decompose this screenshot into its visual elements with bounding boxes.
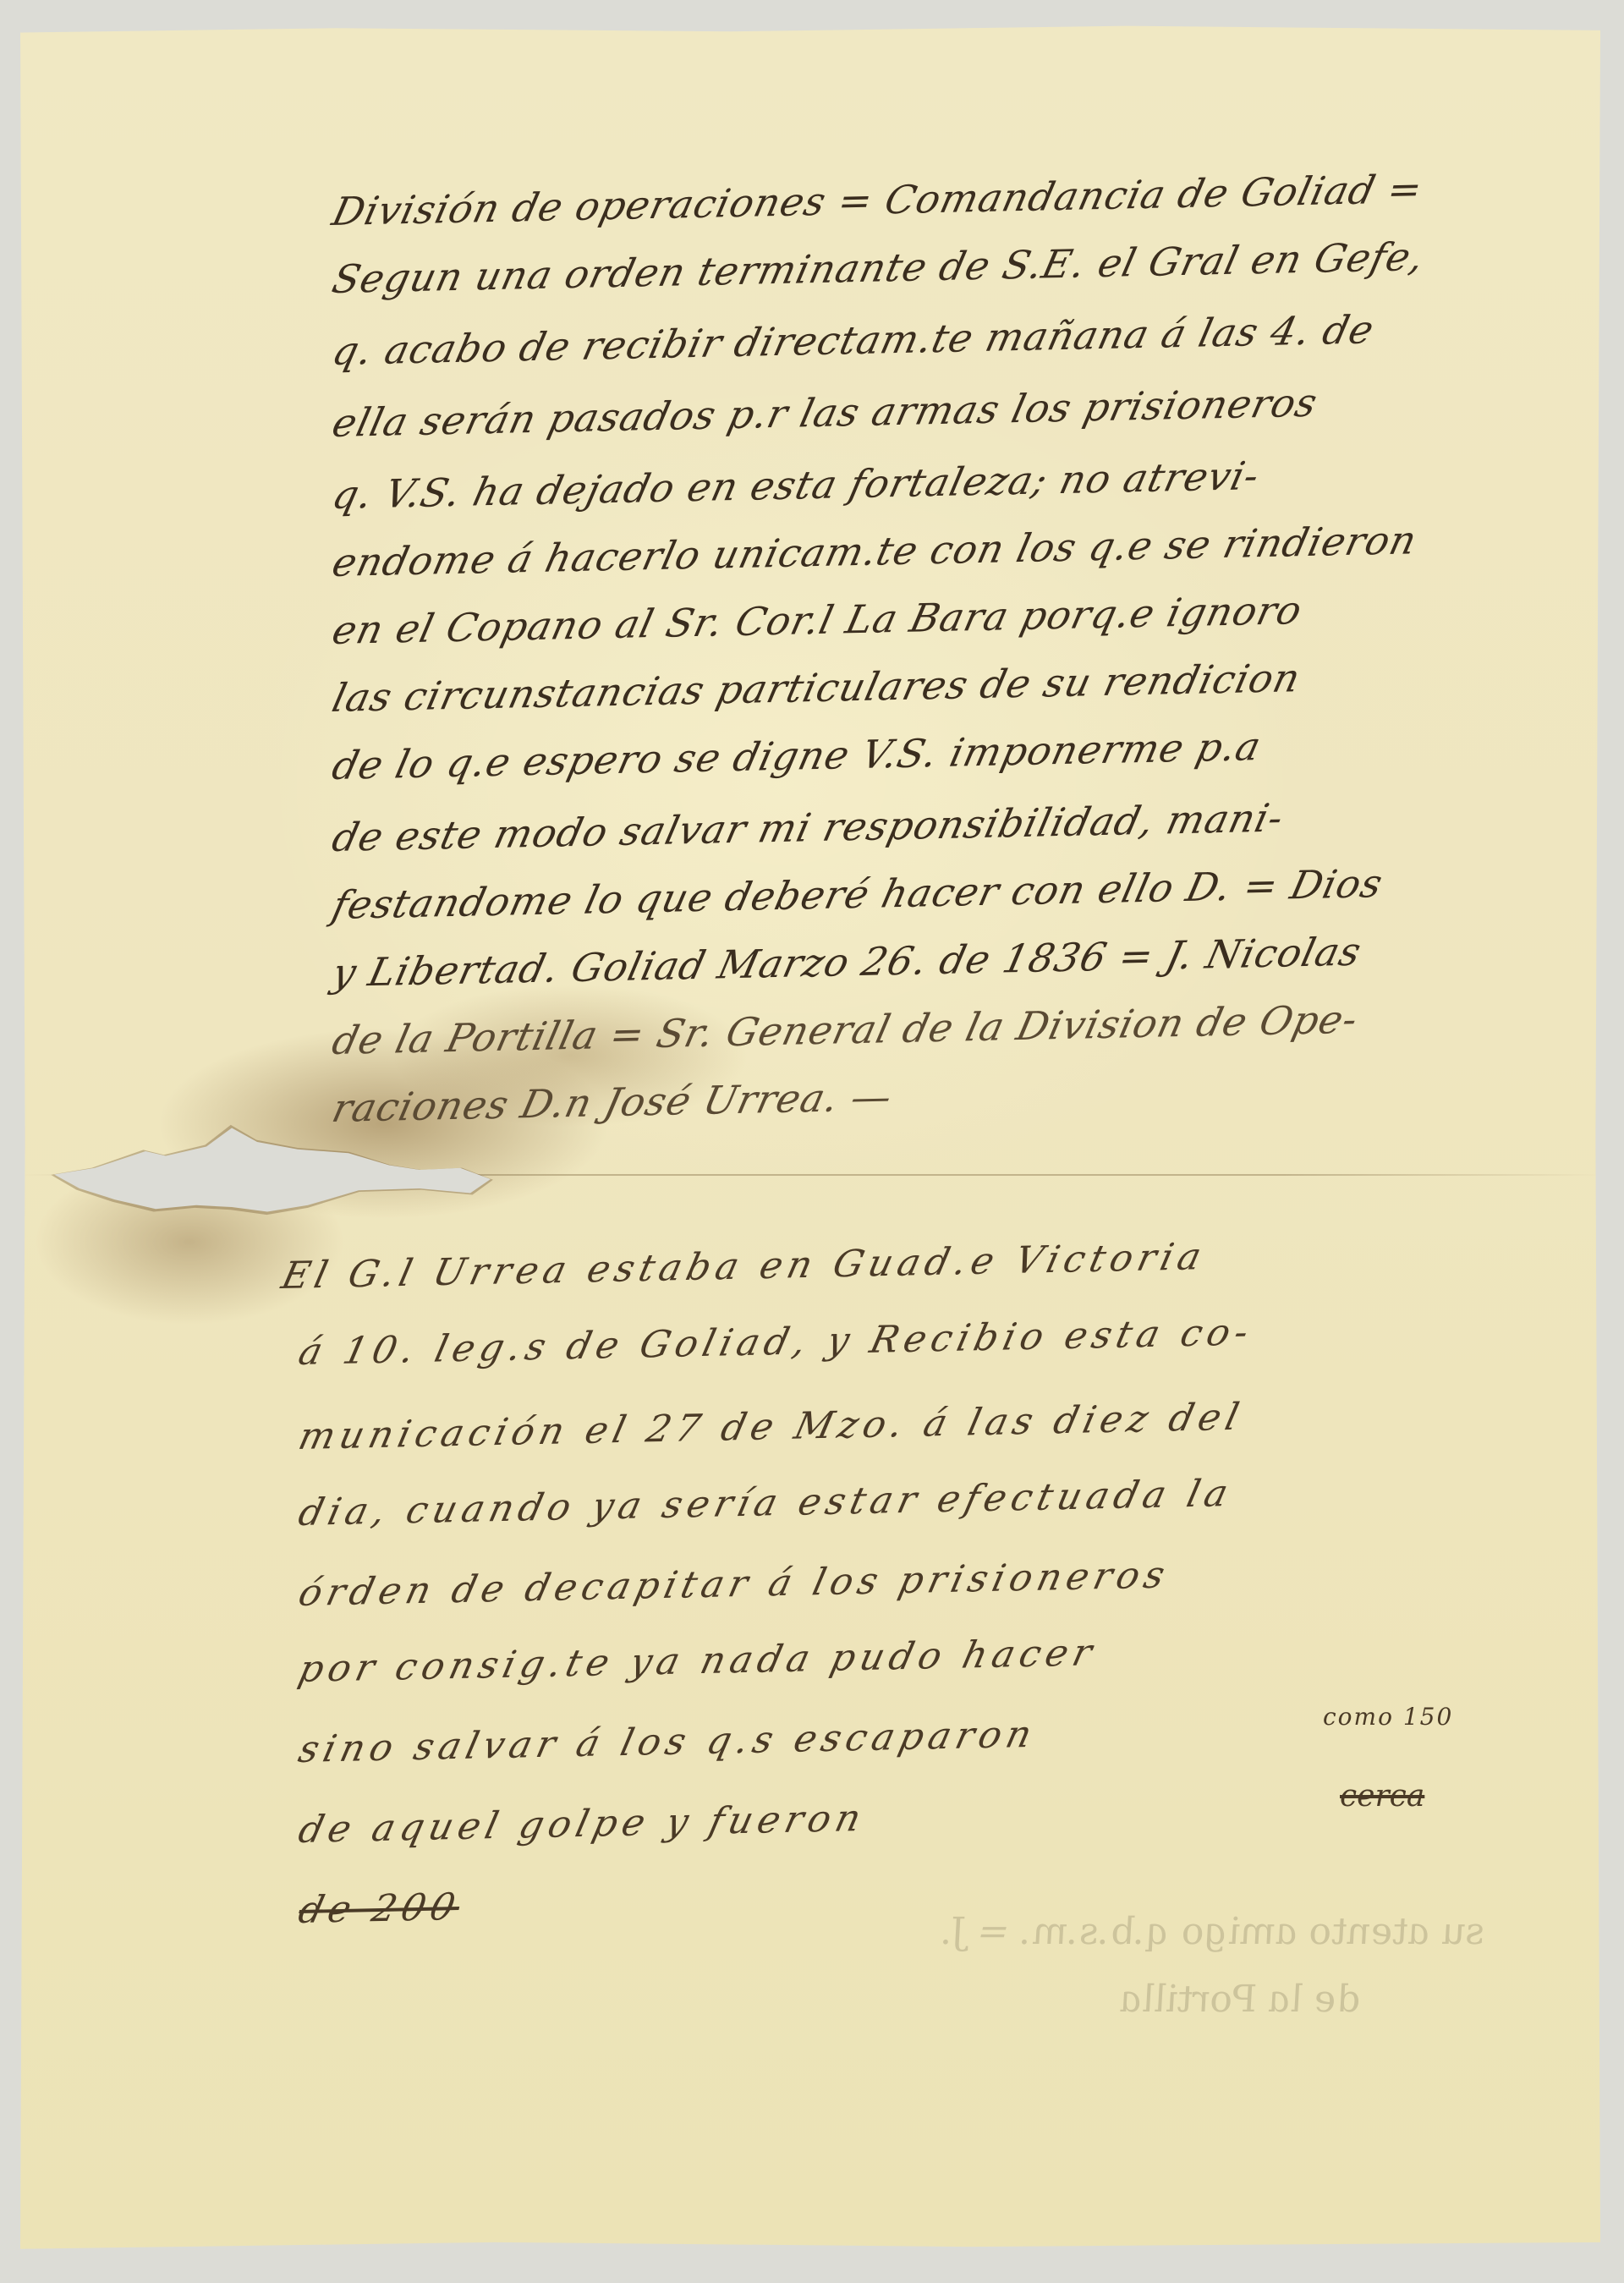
annotation-line: por consig.te ya nada pudo hacer: [294, 1631, 1100, 1691]
annotation-struck-word: cerca: [1340, 1779, 1424, 1814]
annotation-line: sino salvar á los q.s escaparon: [294, 1713, 1040, 1771]
letter-line: endome á hacerlo unicam.te con los q.e s…: [328, 517, 1422, 585]
annotation-line: dia, cuando ya sería estar efectuada la: [294, 1472, 1237, 1534]
letter-line: q. acabo de recibir directam.te mañana á…: [328, 306, 1379, 374]
letter-line: raciones D.n José Urrea. —: [328, 1073, 897, 1131]
letter-line: las circunstancias particulares de su re…: [328, 655, 1305, 721]
bleed-through-line: de la Portilla: [1115, 1978, 1366, 2021]
annotation-line: municación el 27 de Mzo. á las diez del: [294, 1396, 1248, 1458]
annotation-line: El G.l Urrea estaba en Guad.e Victoria: [277, 1235, 1210, 1298]
letter-line: de lo q.e espero se digne V.S. imponerme…: [328, 723, 1266, 788]
annotation-line: á 10. leg.s de Goliad, y Recibio esta co…: [294, 1311, 1258, 1374]
letter-line: y Libertad. Goliad Marzo 26. de 1836 = J…: [328, 929, 1366, 996]
letter-line: de la Portilla = Sr. General de la Divis…: [328, 996, 1363, 1063]
annotation-struck-line: de 200: [294, 1885, 464, 1932]
letter-line: q. V.S. ha dejado en esta fortaleza; no …: [328, 453, 1265, 518]
letter-line: en el Copano al Sr. Cor.l La Bara porq.e…: [328, 587, 1307, 653]
letter-line: de este modo salvar mi responsibilidad, …: [328, 795, 1288, 860]
annotation-insert: como 150: [1323, 1703, 1453, 1731]
bleed-through-line: su atento amigo q.b.s.m. = J.: [937, 1910, 1490, 1953]
letter-line: División de operaciones = Comandancia de…: [328, 166, 1428, 234]
letter-line: festandome lo que deberé hacer con ello …: [328, 860, 1387, 928]
annotation-line: órden de decapitar á los prisioneros: [294, 1554, 1174, 1615]
letter-line: Segun una orden terminante de S.E. el Gr…: [328, 233, 1429, 302]
letter-line: ella serán pasados p.r las armas los pri…: [328, 380, 1322, 446]
manuscript-page: su atento amigo q.b.s.m. = J. de la Port…: [20, 24, 1600, 2253]
annotation-insert-text: como 150: [1323, 1703, 1453, 1731]
annotation-line: de aquel golpe y fueron: [294, 1797, 870, 1852]
